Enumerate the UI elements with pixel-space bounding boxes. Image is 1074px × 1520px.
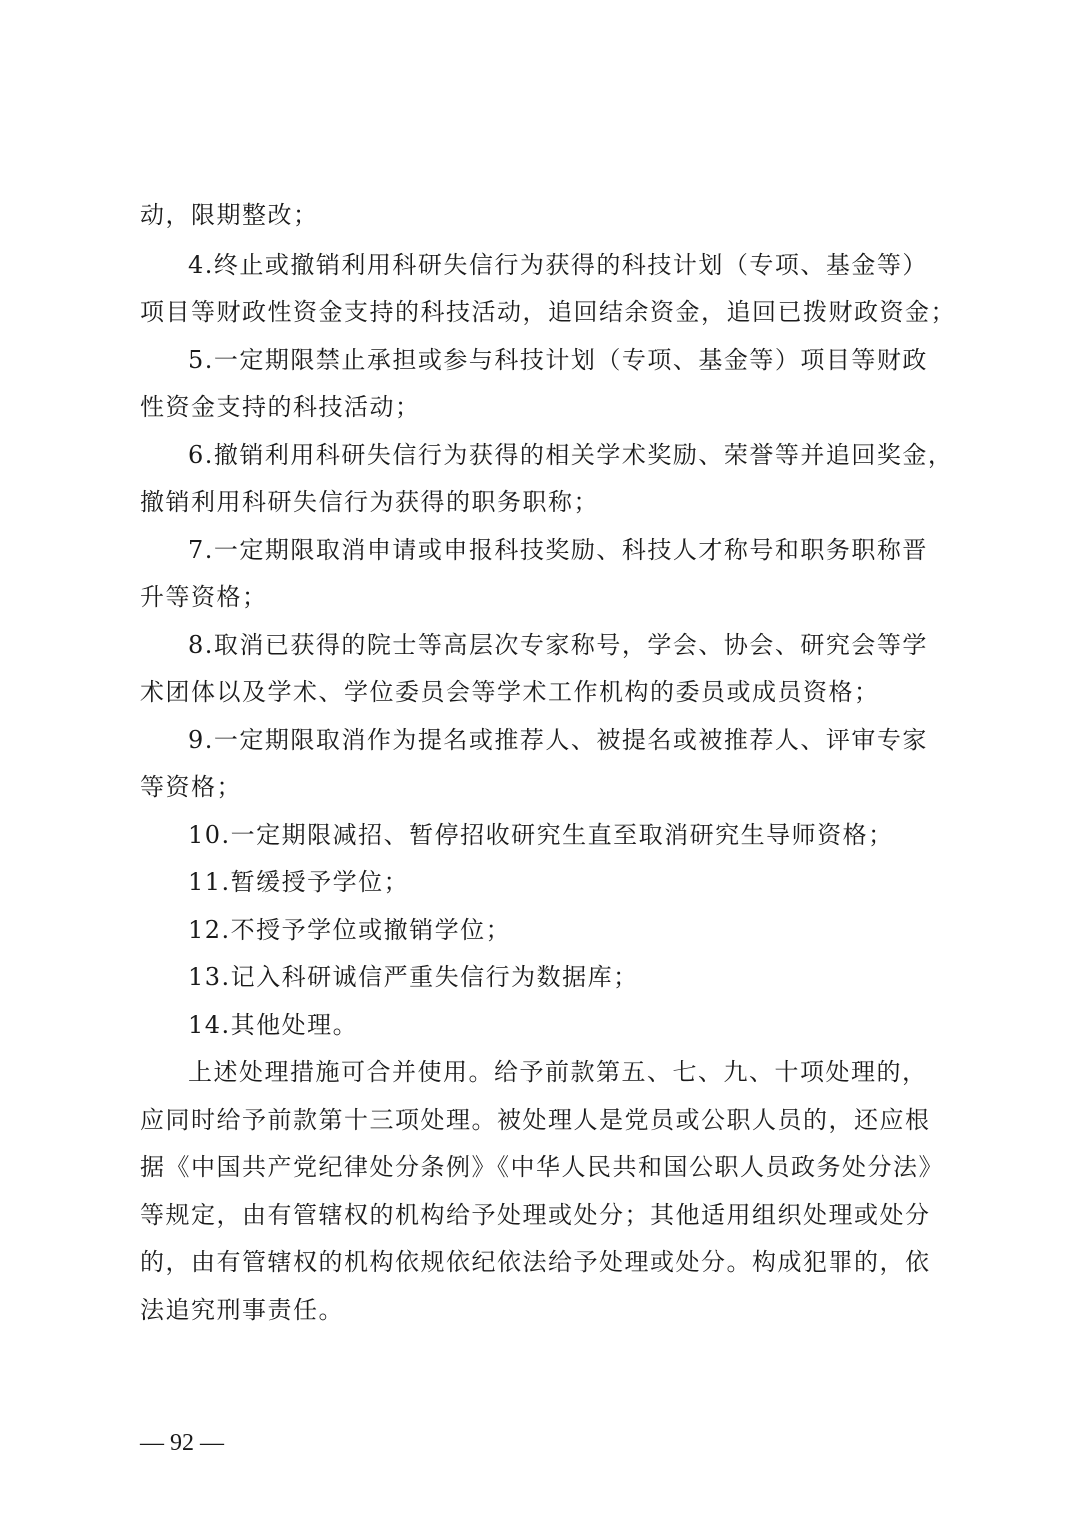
list-item-7: 7.一定期限取消申请或申报科技奖励、科技人才称号和职务职称晋 (188, 535, 920, 565)
summary-paragraph-line: 据《中国共产党纪律处分条例》《中华人民共和国公职人员政务处分法》 (140, 1152, 920, 1182)
list-item-10: 10.一定期限减招、暂停招收研究生直至取消研究生导师资格； (188, 820, 920, 850)
document-page: 动，限期整改； 4.终止或撤销利用科研失信行为获得的科技计划（专项、基金等） 项… (0, 0, 1074, 1520)
page-number: — 92 — (140, 1428, 224, 1458)
summary-paragraph-line: 上述处理措施可合并使用。给予前款第五、七、九、十项处理的， (188, 1057, 920, 1087)
summary-paragraph-line: 应同时给予前款第十三项处理。被处理人是党员或公职人员的，还应根 (140, 1105, 920, 1135)
summary-paragraph-line: 法追究刑事责任。 (140, 1295, 920, 1325)
text-line: 动，限期整改； (140, 200, 920, 230)
text-line: 撤销利用科研失信行为获得的职务职称； (140, 487, 920, 517)
list-item-9: 9.一定期限取消作为提名或推荐人、被提名或被推荐人、评审专家 (188, 725, 920, 755)
text-line: 性资金支持的科技活动； (140, 392, 920, 422)
list-item-4: 4.终止或撤销利用科研失信行为获得的科技计划（专项、基金等） (188, 250, 920, 280)
list-item-8: 8.取消已获得的院士等高层次专家称号，学会、协会、研究会等学 (188, 630, 920, 660)
list-item-14: 14.其他处理。 (188, 1010, 920, 1040)
text-line: 等资格； (140, 772, 920, 802)
summary-paragraph-line: 的，由有管辖权的机构依规依纪依法给予处理或处分。构成犯罪的，依 (140, 1247, 920, 1277)
list-item-5: 5.一定期限禁止承担或参与科技计划（专项、基金等）项目等财政 (188, 345, 920, 375)
summary-paragraph-line: 等规定，由有管辖权的机构给予处理或处分；其他适用组织处理或处分 (140, 1200, 920, 1230)
list-item-11: 11.暂缓授予学位； (188, 867, 920, 897)
text-line: 术团体以及学术、学位委员会等学术工作机构的委员或成员资格； (140, 677, 920, 707)
list-item-6: 6.撤销利用科研失信行为获得的相关学术奖励、荣誉等并追回奖金， (188, 440, 920, 470)
list-item-13: 13.记入科研诚信严重失信行为数据库； (188, 962, 920, 992)
list-item-12: 12.不授予学位或撤销学位； (188, 915, 920, 945)
text-line: 项目等财政性资金支持的科技活动，追回结余资金，追回已拨财政资金； (140, 297, 920, 327)
text-line: 升等资格； (140, 582, 920, 612)
